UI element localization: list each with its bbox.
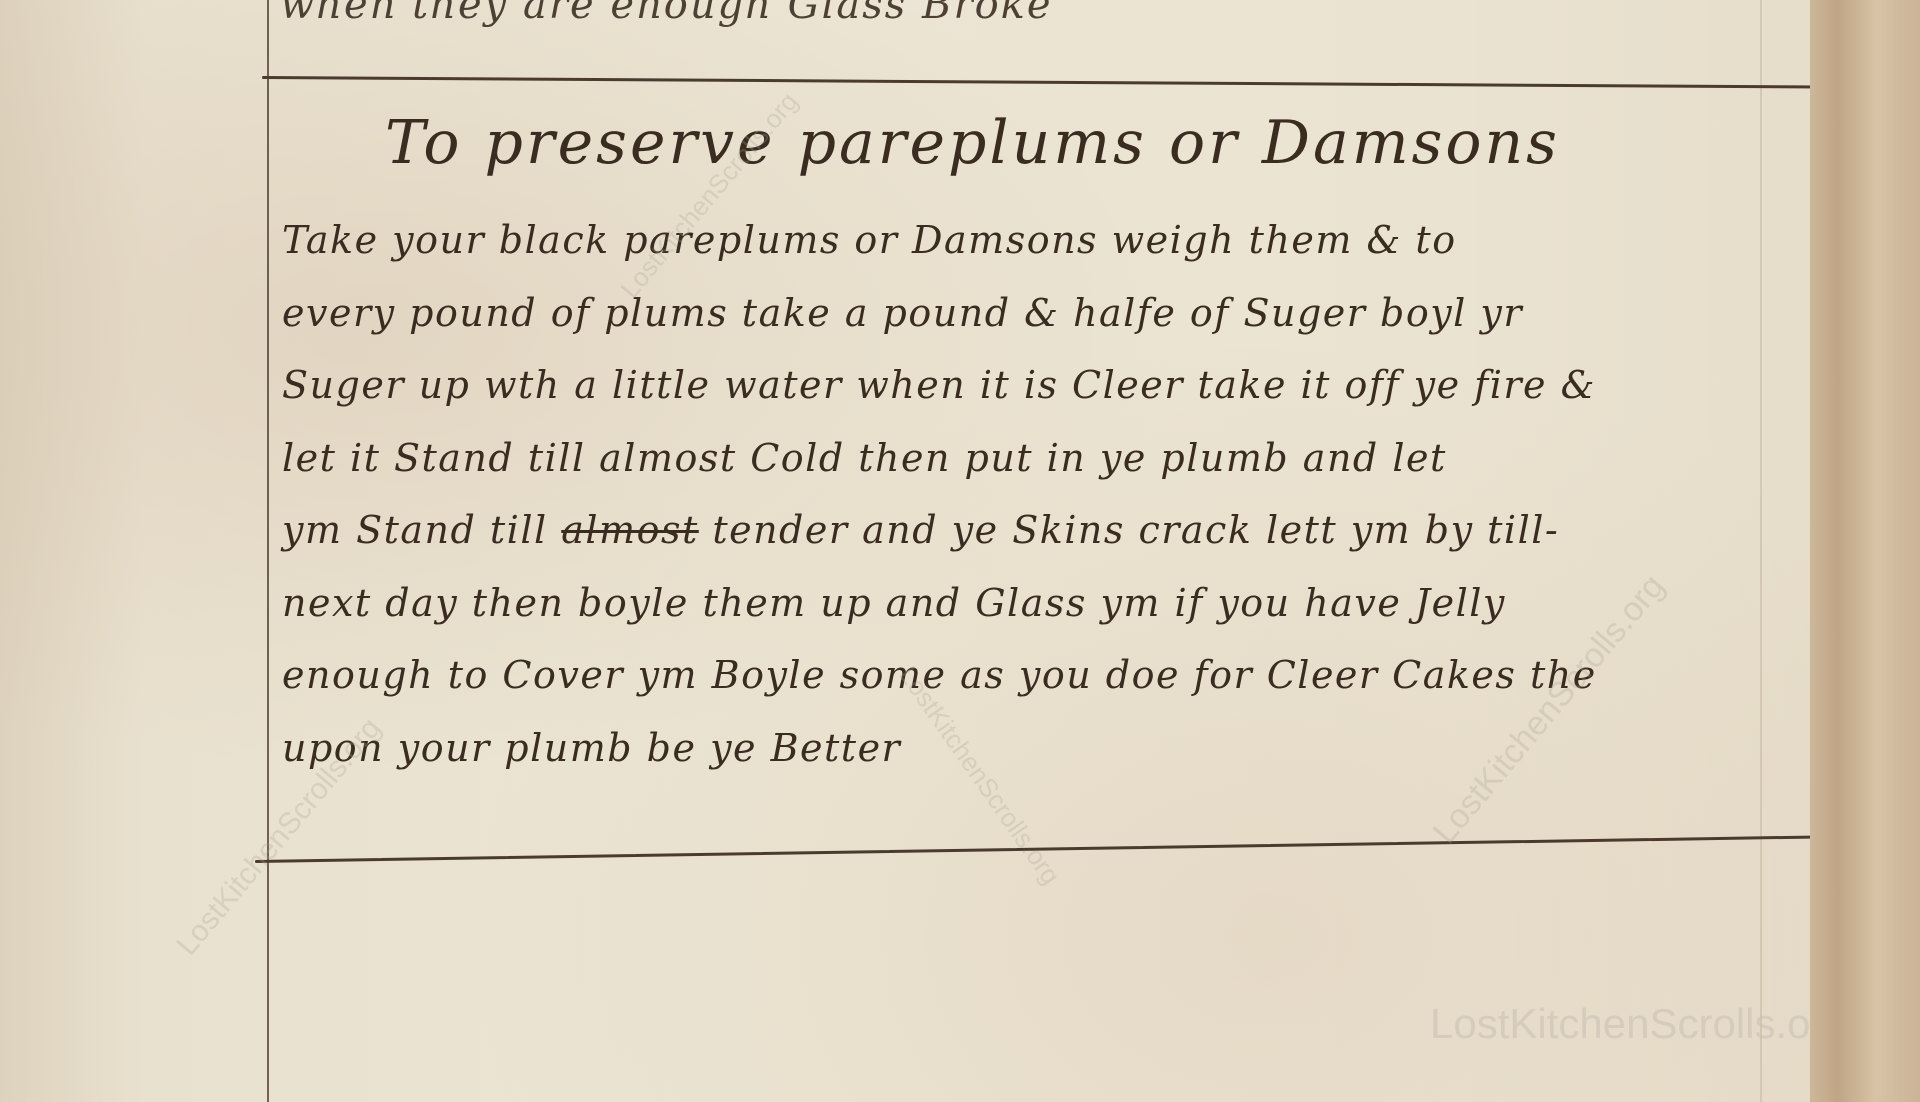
- watermark-corner: LostKitchenScrolls.org: [1430, 1000, 1848, 1048]
- recipe-line-3: Suger up wth a little water when it is C…: [282, 355, 1782, 428]
- recipe-line-1: Take your black pareplums or Damsons wei…: [282, 210, 1782, 283]
- left-margin-rule: [267, 0, 269, 1102]
- recipe-line-6: next day then boyle them up and Glass ym…: [282, 573, 1782, 646]
- recipe-line-7: enough to Cover ym Boyle some as you doe…: [282, 645, 1782, 718]
- recipe-top-divider: [262, 76, 1862, 89]
- struck-out-word: almost: [561, 508, 699, 552]
- recipe-bottom-divider: [255, 835, 1860, 863]
- manuscript-page: when they are enough Glass Broke To pres…: [0, 0, 1810, 1102]
- recipe-body: Take your black pareplums or Damsons wei…: [282, 210, 1782, 790]
- previous-recipe-tail: when they are enough Glass Broke: [280, 0, 1053, 28]
- recipe-line-4: let it Stand till almost Cold then put i…: [282, 428, 1782, 501]
- recipe-line-8: upon your plumb be ye Better: [282, 718, 1782, 791]
- book-binding-edge: [1810, 0, 1920, 1102]
- recipe-line-5-end: tender and ye Skins crack lett ym by til…: [699, 508, 1559, 552]
- recipe-title: To preserve pareplums or Damsons: [385, 108, 1560, 178]
- recipe-line-2: every pound of plums take a pound & half…: [282, 283, 1782, 356]
- recipe-line-5-start: ym Stand till: [282, 508, 548, 552]
- recipe-line-5: ym Stand till almost tender and ye Skins…: [282, 500, 1782, 573]
